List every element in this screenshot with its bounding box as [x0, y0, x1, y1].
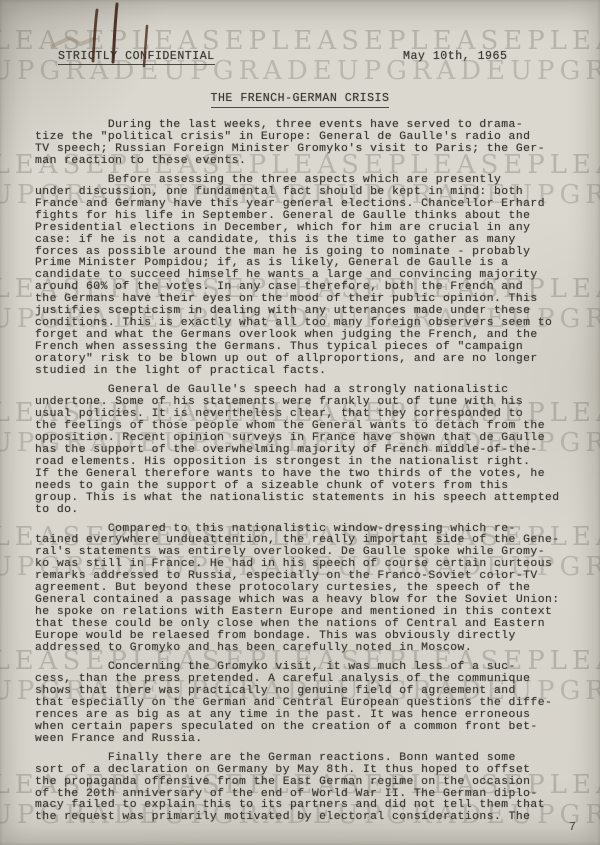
- watermark-word: PLEASE: [249, 28, 388, 54]
- handwritten-pen-marks: [40, 0, 170, 75]
- paragraph: During the last weeks, three events have…: [35, 120, 582, 168]
- pen-stroke-1: [93, 10, 97, 61]
- watermark-word: PLEASE: [527, 28, 600, 54]
- paragraph: Concerning the Gromyko visit, it was muc…: [35, 662, 582, 746]
- page-title-text: THE FRENCH-GERMAN CRISIS: [211, 92, 390, 108]
- scanned-document-page: PLEASEPLEASEPLEASEPLEASEPLEASEUPGRADEUPG…: [0, 0, 600, 845]
- document-date: May 10th, 1965: [403, 50, 507, 63]
- watermark-word: UPGRADE: [510, 58, 600, 84]
- page-title: THE FRENCH-GERMAN CRISIS: [0, 92, 600, 105]
- paragraph: Compared to this nationalistic window-dr…: [35, 524, 582, 655]
- page-number: 7: [569, 820, 576, 834]
- paragraph: Before assessing the three aspects which…: [35, 175, 582, 378]
- pen-stroke-2: [113, 4, 117, 62]
- paragraph: General de Gaulle's speech had a strongl…: [35, 385, 582, 516]
- faded-pencil-scribble: [52, 38, 94, 46]
- pen-stroke-3: [144, 26, 147, 66]
- paragraph: Finally there are the German reactions. …: [35, 753, 582, 825]
- document-body: During the last weeks, three events have…: [35, 120, 582, 831]
